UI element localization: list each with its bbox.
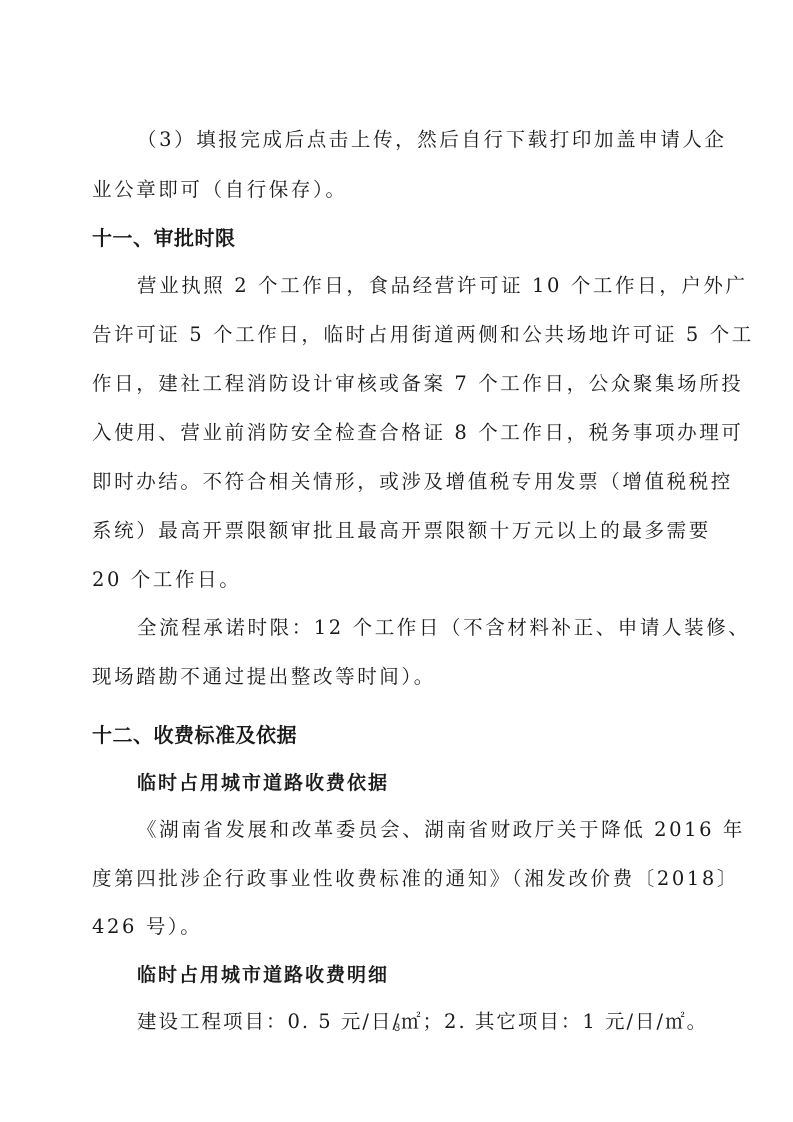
section-heading-approval-time-limit: 十一、审批时限 [92,226,704,250]
section-heading-fee-standards: 十二、收费标准及依据 [92,723,704,747]
paragraph-line: 20 个工作日。 [92,568,704,592]
subheading-fee-details: 临时占用城市道路收费明细 [137,963,749,987]
paragraph-line: 作日，建社工程消防设计审核或备案 7 个工作日，公众聚集场所投 [92,372,704,396]
paragraph-line: 426 号）。 [92,915,704,939]
paragraph-line: 建设工程项目：0. 5 元/日/㎡；2. 其它项目：1 元/日/㎡。 [137,1010,749,1034]
paragraph-line: 现场踏勘不通过提出整改等时间）。 [92,665,704,689]
subheading-fee-basis: 临时占用城市道路收费依据 [137,771,749,795]
paragraph-line: 入使用、营业前消防安全检查合格证 8 个工作日，税务事项办理可 [92,421,704,445]
document-page: （3）填报完成后点击上传，然后自行下载打印加盖申请人企 业公章即可（自行保存）。… [0,0,793,1122]
paragraph-line: 度第四批涉企行政事业性收费标准的通知》（湘发改价费〔2018〕 [92,867,704,891]
paragraph-line: 《湖南省发展和改革委员会、湖南省财政厅关于降低 2016 年 [137,818,749,842]
page-number: 3 [390,1022,404,1034]
paragraph-line: 告许可证 5 个工作日，临时占用街道两侧和公共场地许可证 5 个工 [92,323,704,347]
paragraph-line: 即时办结。不符合相关情形，或涉及增值税专用发票（增值税税控 [92,470,704,494]
paragraph-line: 营业执照 2 个工作日，食品经营许可证 10 个工作日，户外广 [137,274,749,298]
paragraph-line: 全流程承诺时限：12 个工作日（不含材料补正、申请人装修、 [137,616,749,640]
paragraph-line: （3）填报完成后点击上传，然后自行下载打印加盖申请人企 [137,128,749,152]
paragraph-line: 系统）最高开票限额审批且最高开票限额十万元以上的最多需要 [92,519,704,543]
paragraph-line: 业公章即可（自行保存）。 [92,178,704,202]
